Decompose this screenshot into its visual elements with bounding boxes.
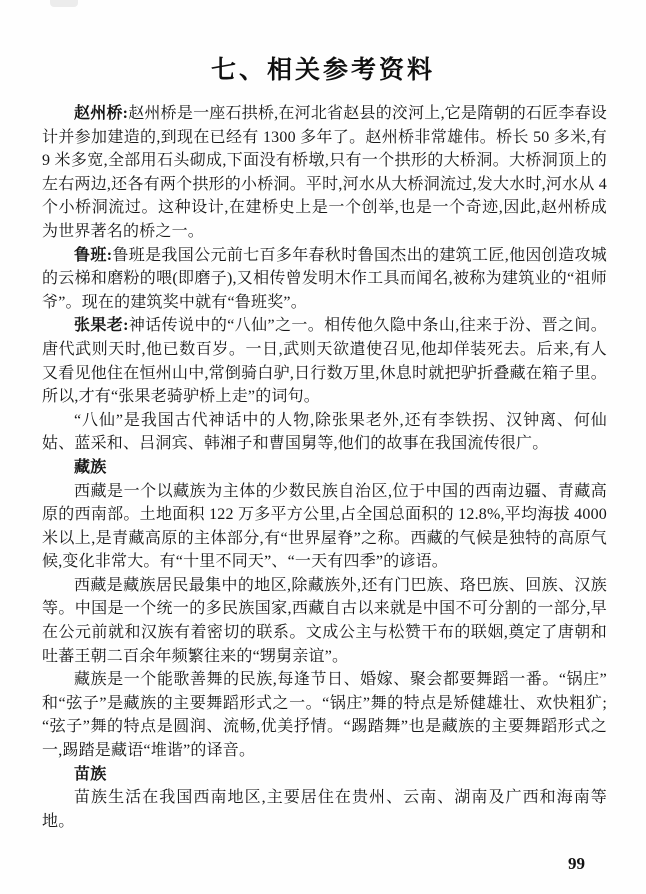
heading-miao-ethnic: 苗族 (42, 763, 607, 787)
page-title: 七、相关参考资料 (0, 0, 646, 86)
para-tibetan-dance: 藏族是一个能歌善舞的民族,每逢节日、婚嫁、聚会都要舞蹈一番。“锅庄”和“弦子”是… (42, 668, 607, 762)
entry-luban-term: 鲁班: (74, 247, 112, 264)
para-miao: 苗族生活在我国西南地区,主要居住在贵州、云南、湖南及广西和海南等地。 (42, 786, 607, 833)
page-number: 99 (568, 854, 585, 874)
scan-artifact (50, 0, 78, 7)
entry-zhang-guolao: 张果老:神话传说中的“八仙”之一。相传他久隐中条山,往来于汾、晋之间。唐代武则天… (42, 314, 607, 408)
entry-zhaozhou-bridge-term: 赵州桥: (74, 105, 128, 122)
heading-tibetan-ethnic: 藏族 (42, 456, 607, 480)
entry-zhang-guolao-term: 张果老: (74, 317, 129, 334)
entry-luban-text: 鲁班是我国公元前七百多年春秋时鲁国杰出的建筑工匠,他因创造攻城的云梯和磨粉的喂(… (42, 247, 607, 311)
scanned-book-page: 七、相关参考资料 赵州桥:赵州桥是一座石拱桥,在河北省赵县的洨河上,它是隋朝的石… (0, 0, 646, 894)
page-body: 赵州桥:赵州桥是一座石拱桥,在河北省赵县的洨河上,它是隋朝的石匠李春设计并参加建… (42, 102, 607, 833)
para-eight-immortals: “八仙”是我国古代神话中的人物,除张果老外,还有李铁拐、汉钟离、何仙姑、蓝采和、… (42, 409, 607, 456)
entry-zhaozhou-bridge: 赵州桥:赵州桥是一座石拱桥,在河北省赵县的洨河上,它是隋朝的石匠李春设计并参加建… (42, 102, 607, 244)
entry-zhaozhou-bridge-text: 赵州桥是一座石拱桥,在河北省赵县的洨河上,它是隋朝的石匠李春设计并参加建造的,到… (42, 105, 607, 240)
para-tibet-peoples: 西藏是藏族居民最集中的地区,除藏族外,还有门巴族、珞巴族、回族、汉族等。中国是一… (42, 574, 607, 668)
para-tibet-overview: 西藏是一个以藏族为主体的少数民族自治区,位于中国的西南边疆、青藏高原的西南部。土… (42, 480, 607, 574)
entry-luban: 鲁班:鲁班是我国公元前七百多年春秋时鲁国杰出的建筑工匠,他因创造攻城的云梯和磨粉… (42, 244, 607, 315)
